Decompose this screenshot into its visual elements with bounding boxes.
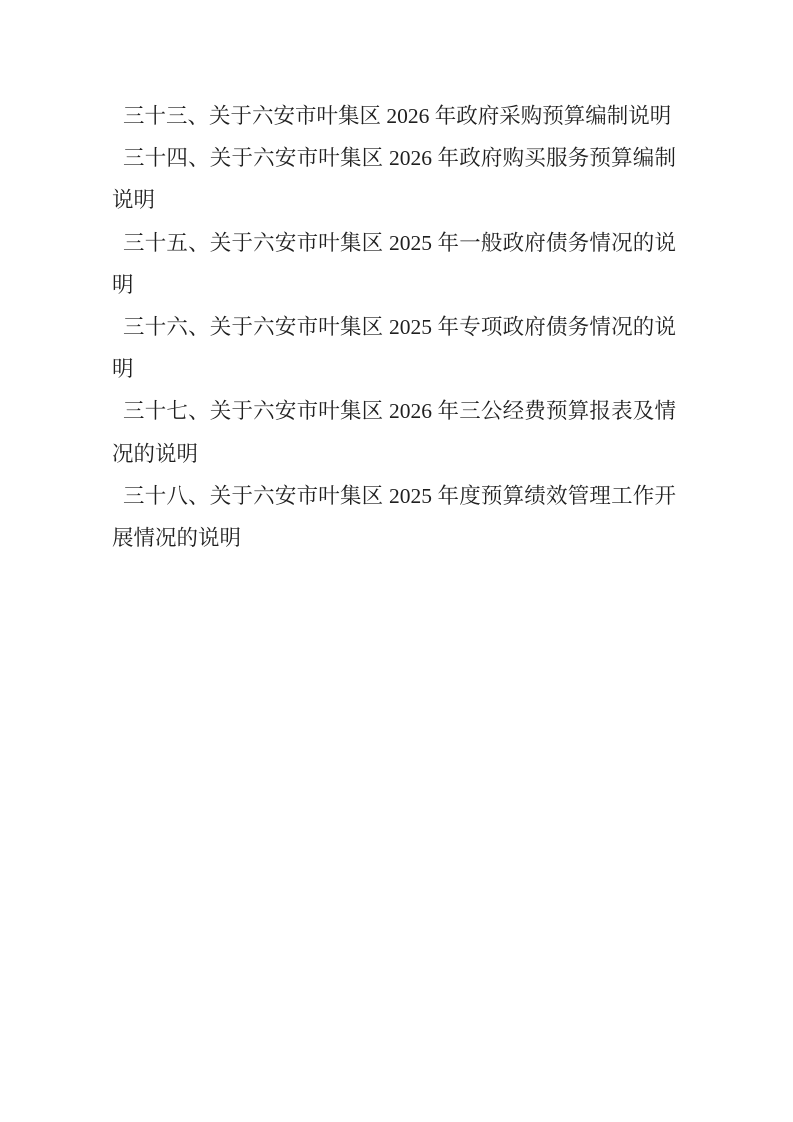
list-item-34: 三十四、关于六安市叶集区 2026 年政府购买服务预算编制 说明 (112, 137, 676, 221)
list-item-line: 说明 (112, 179, 676, 221)
list-item-37: 三十七、关于六安市叶集区 2026 年三公经费预算报表及情 况的说明 (112, 390, 676, 474)
list-item-line: 况的说明 (112, 433, 676, 475)
list-item-line: 三十三、关于六安市叶集区 2026 年政府采购预算编制说明 (112, 95, 676, 137)
list-item-35: 三十五、关于六安市叶集区 2025 年一般政府债务情况的说 明 (112, 222, 676, 306)
list-item-line: 三十四、关于六安市叶集区 2026 年政府购买服务预算编制 (112, 137, 676, 179)
list-item-line: 三十八、关于六安市叶集区 2025 年度预算绩效管理工作开 (112, 475, 676, 517)
list-item-line: 明 (112, 348, 676, 390)
list-item-33: 三十三、关于六安市叶集区 2026 年政府采购预算编制说明 (112, 95, 676, 137)
list-item-line: 展情况的说明 (112, 517, 676, 559)
list-item-line: 三十七、关于六安市叶集区 2026 年三公经费预算报表及情 (112, 390, 676, 432)
list-item-line: 三十六、关于六安市叶集区 2025 年专项政府债务情况的说 (112, 306, 676, 348)
document-page: 三十三、关于六安市叶集区 2026 年政府采购预算编制说明 三十四、关于六安市叶… (0, 0, 793, 1122)
list-item-line: 三十五、关于六安市叶集区 2025 年一般政府债务情况的说 (112, 222, 676, 264)
document-body: 三十三、关于六安市叶集区 2026 年政府采购预算编制说明 三十四、关于六安市叶… (112, 95, 676, 559)
list-item-38: 三十八、关于六安市叶集区 2025 年度预算绩效管理工作开 展情况的说明 (112, 475, 676, 559)
list-item-line: 明 (112, 264, 676, 306)
list-item-36: 三十六、关于六安市叶集区 2025 年专项政府债务情况的说 明 (112, 306, 676, 390)
